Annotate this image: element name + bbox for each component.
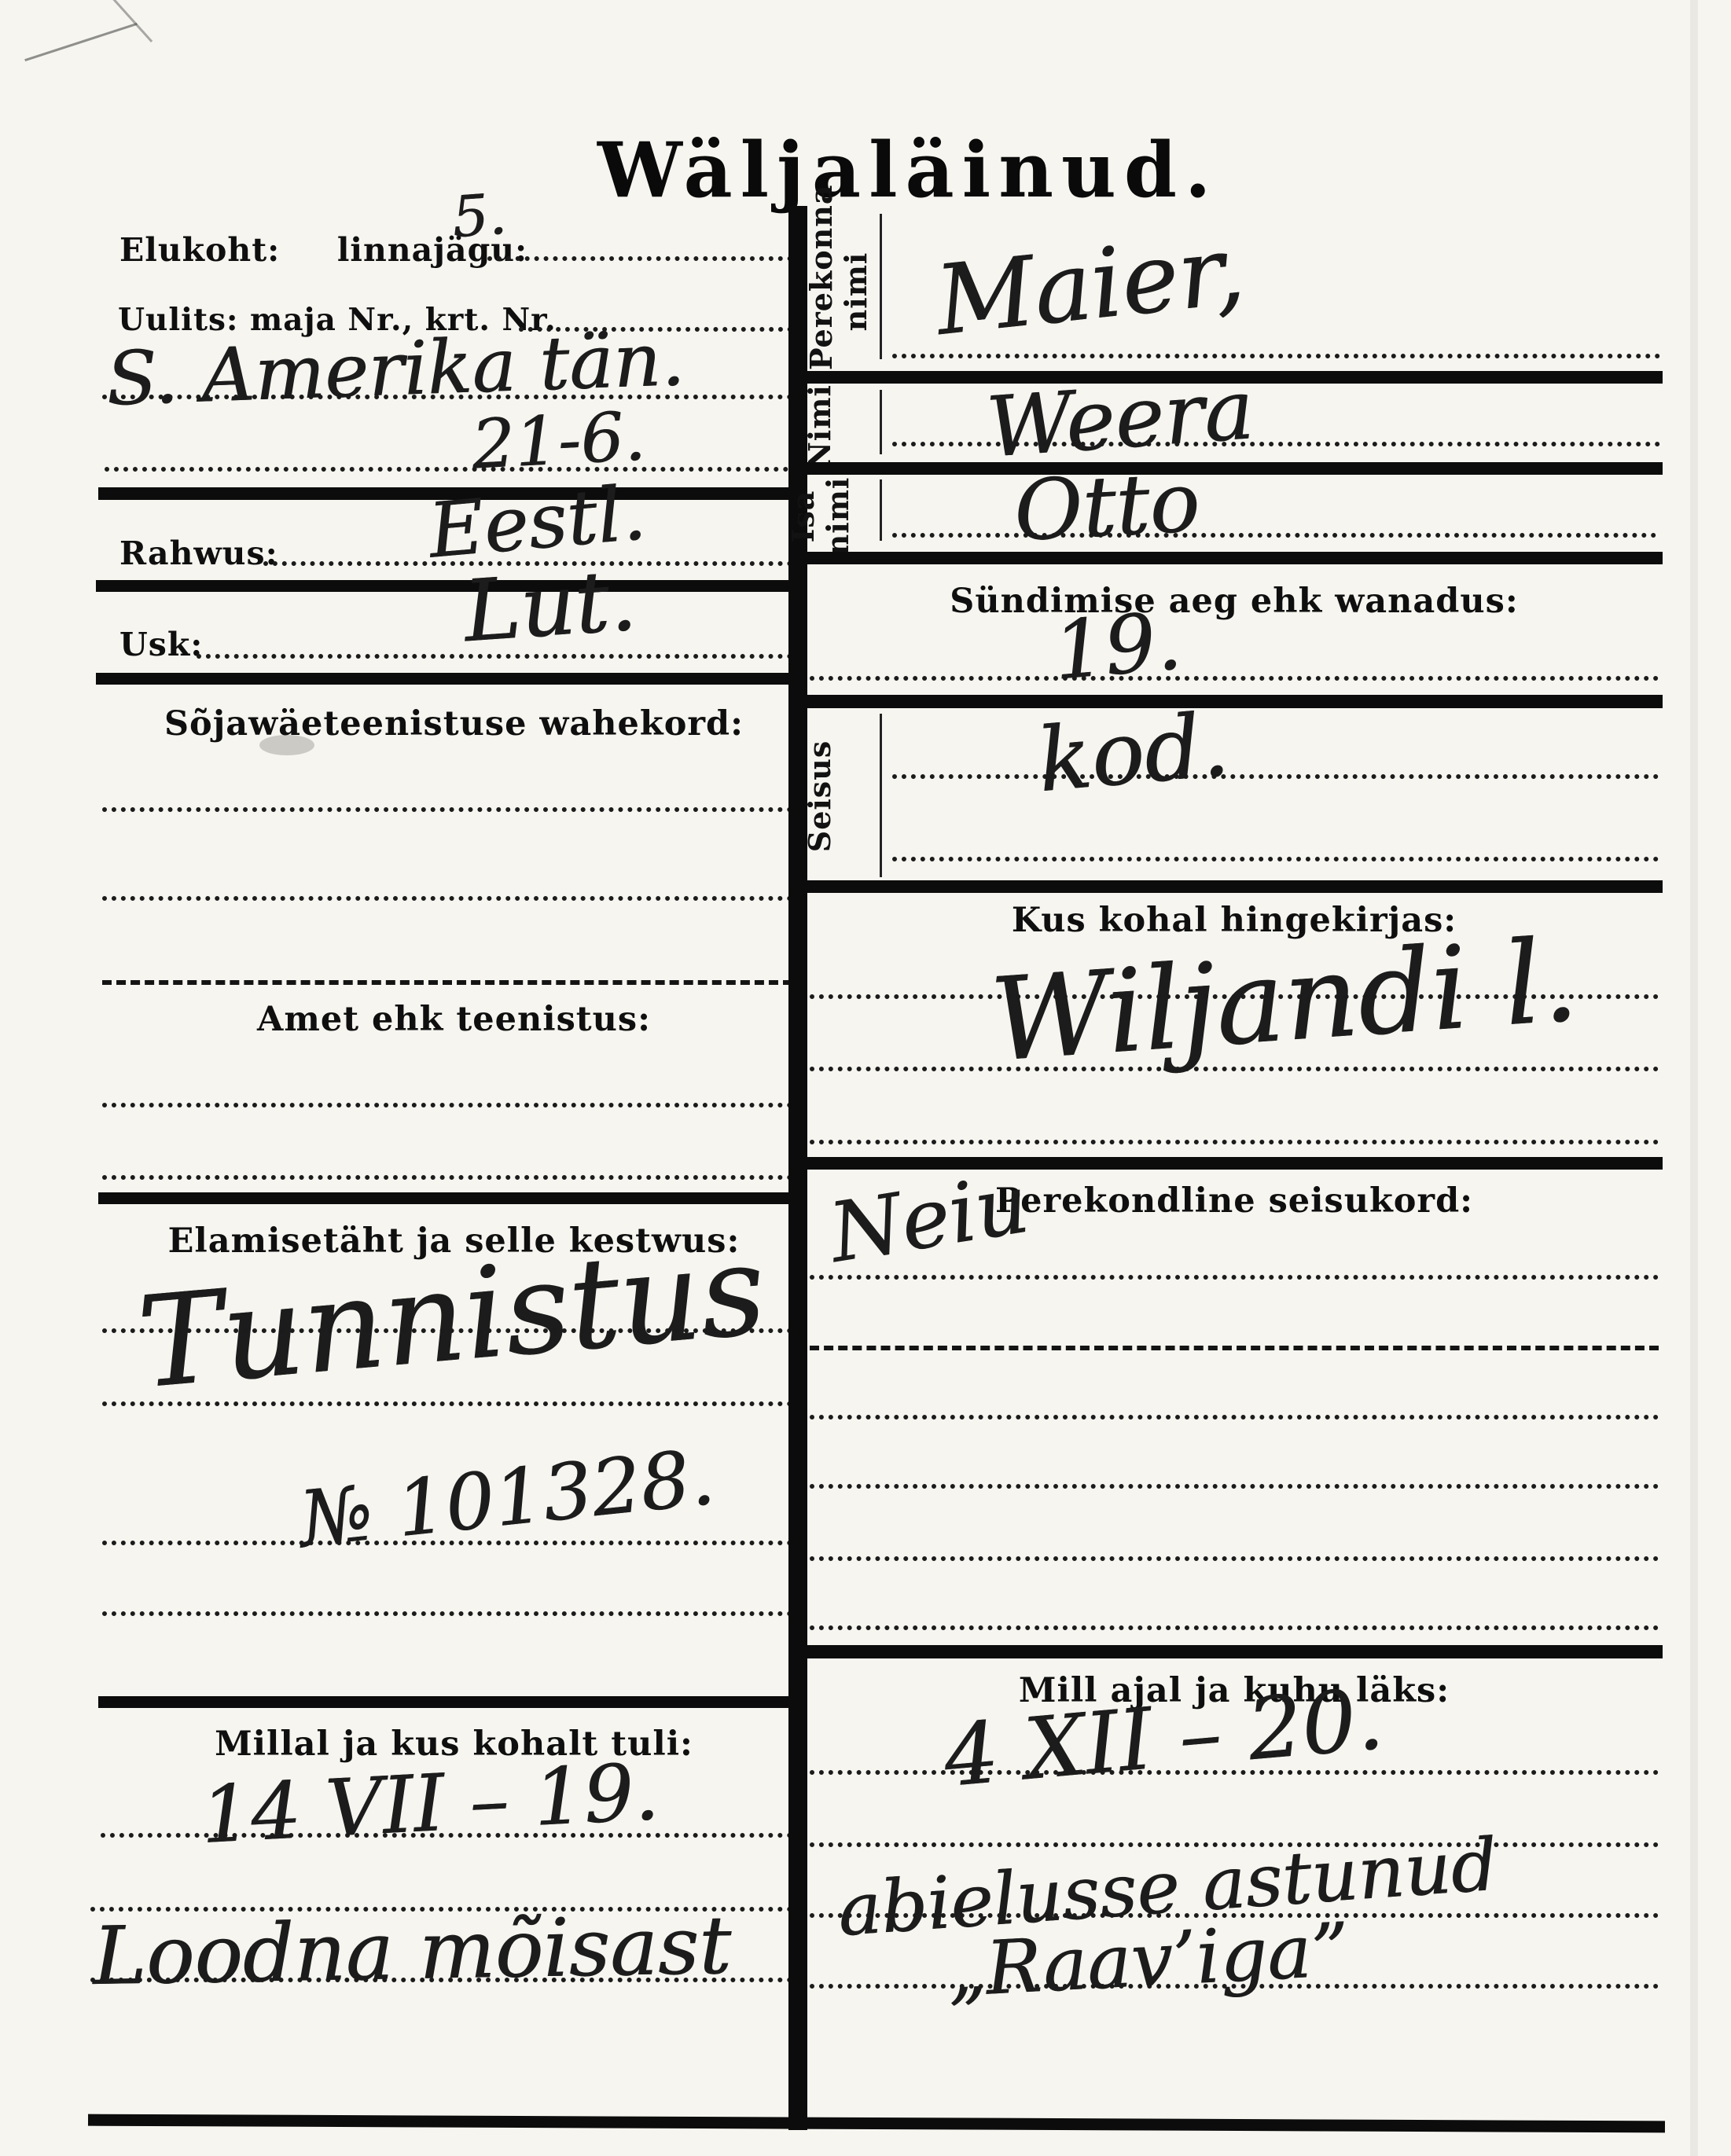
register-value: Wiljandi l. (987, 923, 1581, 1078)
dotted-line (102, 1103, 792, 1107)
section-divider (98, 1696, 807, 1708)
military-label: Sõjawäeteenistuse wahekord: (110, 706, 798, 743)
scan-artifact (1690, 0, 1698, 2156)
arrival-place: Loodna mõisast (92, 1906, 732, 1997)
dotted-line (102, 1541, 792, 1545)
marital-value: Neiu (824, 1162, 1033, 1274)
dashed-line (810, 1346, 1659, 1350)
bottom-rule (88, 2114, 1665, 2133)
registration-card: Wäljaläinud. Elukoht: linnajägu: 5. Uuli… (0, 0, 1731, 2156)
arrival-date: 14 VII – 19. (199, 1753, 660, 1855)
label-rule (880, 214, 882, 359)
dotted-line (810, 1625, 1659, 1630)
dotted-line (810, 1770, 1659, 1775)
dotted-line (810, 1275, 1659, 1280)
dotted-line (102, 807, 792, 812)
label-rule (880, 714, 882, 877)
religion-value: Lut. (461, 558, 638, 655)
dotted-line (810, 1984, 1659, 1989)
dotted-line (101, 1833, 792, 1838)
dotted-line (892, 533, 1656, 538)
dotted-line (102, 896, 792, 901)
father-label-line1: Isa (786, 473, 821, 560)
occupation-label: Amet ehk teenistus: (110, 1001, 798, 1038)
dotted-line (102, 1611, 792, 1616)
dashed-line (102, 980, 792, 985)
section-divider (96, 673, 807, 685)
father-label: Isa nimi (786, 473, 857, 560)
dotted-line (892, 774, 1659, 779)
page-title: Wäljaläinud. (597, 126, 1148, 215)
section-divider (788, 1157, 1663, 1170)
religion-label: Usk: (119, 627, 203, 663)
dotted-line (810, 676, 1659, 681)
district-value: 5. (450, 185, 509, 246)
dotted-line (810, 1067, 1659, 1071)
dotted-line (90, 1978, 792, 1982)
dotted-line (810, 1484, 1659, 1489)
section-divider (96, 580, 807, 592)
dotted-line (487, 256, 792, 261)
status-value: kod. (1035, 701, 1232, 806)
section-divider (788, 462, 1663, 475)
firstname-value: Weera (984, 368, 1256, 469)
dotted-line (102, 395, 792, 399)
scan-artifact (24, 23, 138, 61)
surname-value: Maier, (932, 222, 1248, 349)
dotted-line (102, 1328, 792, 1333)
dotted-line (810, 1140, 1659, 1144)
surname-label-line1: Perekonna (804, 213, 839, 370)
dotted-line (102, 1401, 792, 1406)
dotted-line (810, 994, 1659, 999)
label-rule (880, 479, 882, 541)
dotted-line (892, 354, 1660, 358)
dotted-line (197, 654, 792, 659)
section-divider (788, 1645, 1663, 1658)
residence-label-text: Elukoht: (119, 231, 280, 269)
section-divider (788, 880, 1663, 893)
departure-note-line2: „Raav’iga” (946, 1914, 1351, 2009)
birth-label: Sündimise aeg ehk wanadus: (810, 583, 1659, 620)
father-label-line2: nimi (821, 473, 855, 560)
dotted-line (102, 1175, 792, 1180)
dotted-line (105, 467, 788, 472)
dotted-line (892, 442, 1660, 446)
surname-label-line2: nimi (839, 213, 873, 370)
dotted-line (810, 1556, 1659, 1561)
label-rule (880, 390, 882, 454)
dotted-line (892, 857, 1659, 861)
father-value: Otto (1012, 461, 1201, 553)
surname-label: Perekonna nimi (804, 213, 875, 370)
status-label: Seisus (803, 718, 839, 875)
section-divider (788, 695, 1663, 708)
section-divider (788, 552, 1663, 564)
nationality-label: Rahwus: (119, 536, 278, 571)
scan-artifact (104, 0, 153, 42)
section-divider (98, 1192, 807, 1204)
dotted-line (810, 1415, 1659, 1420)
